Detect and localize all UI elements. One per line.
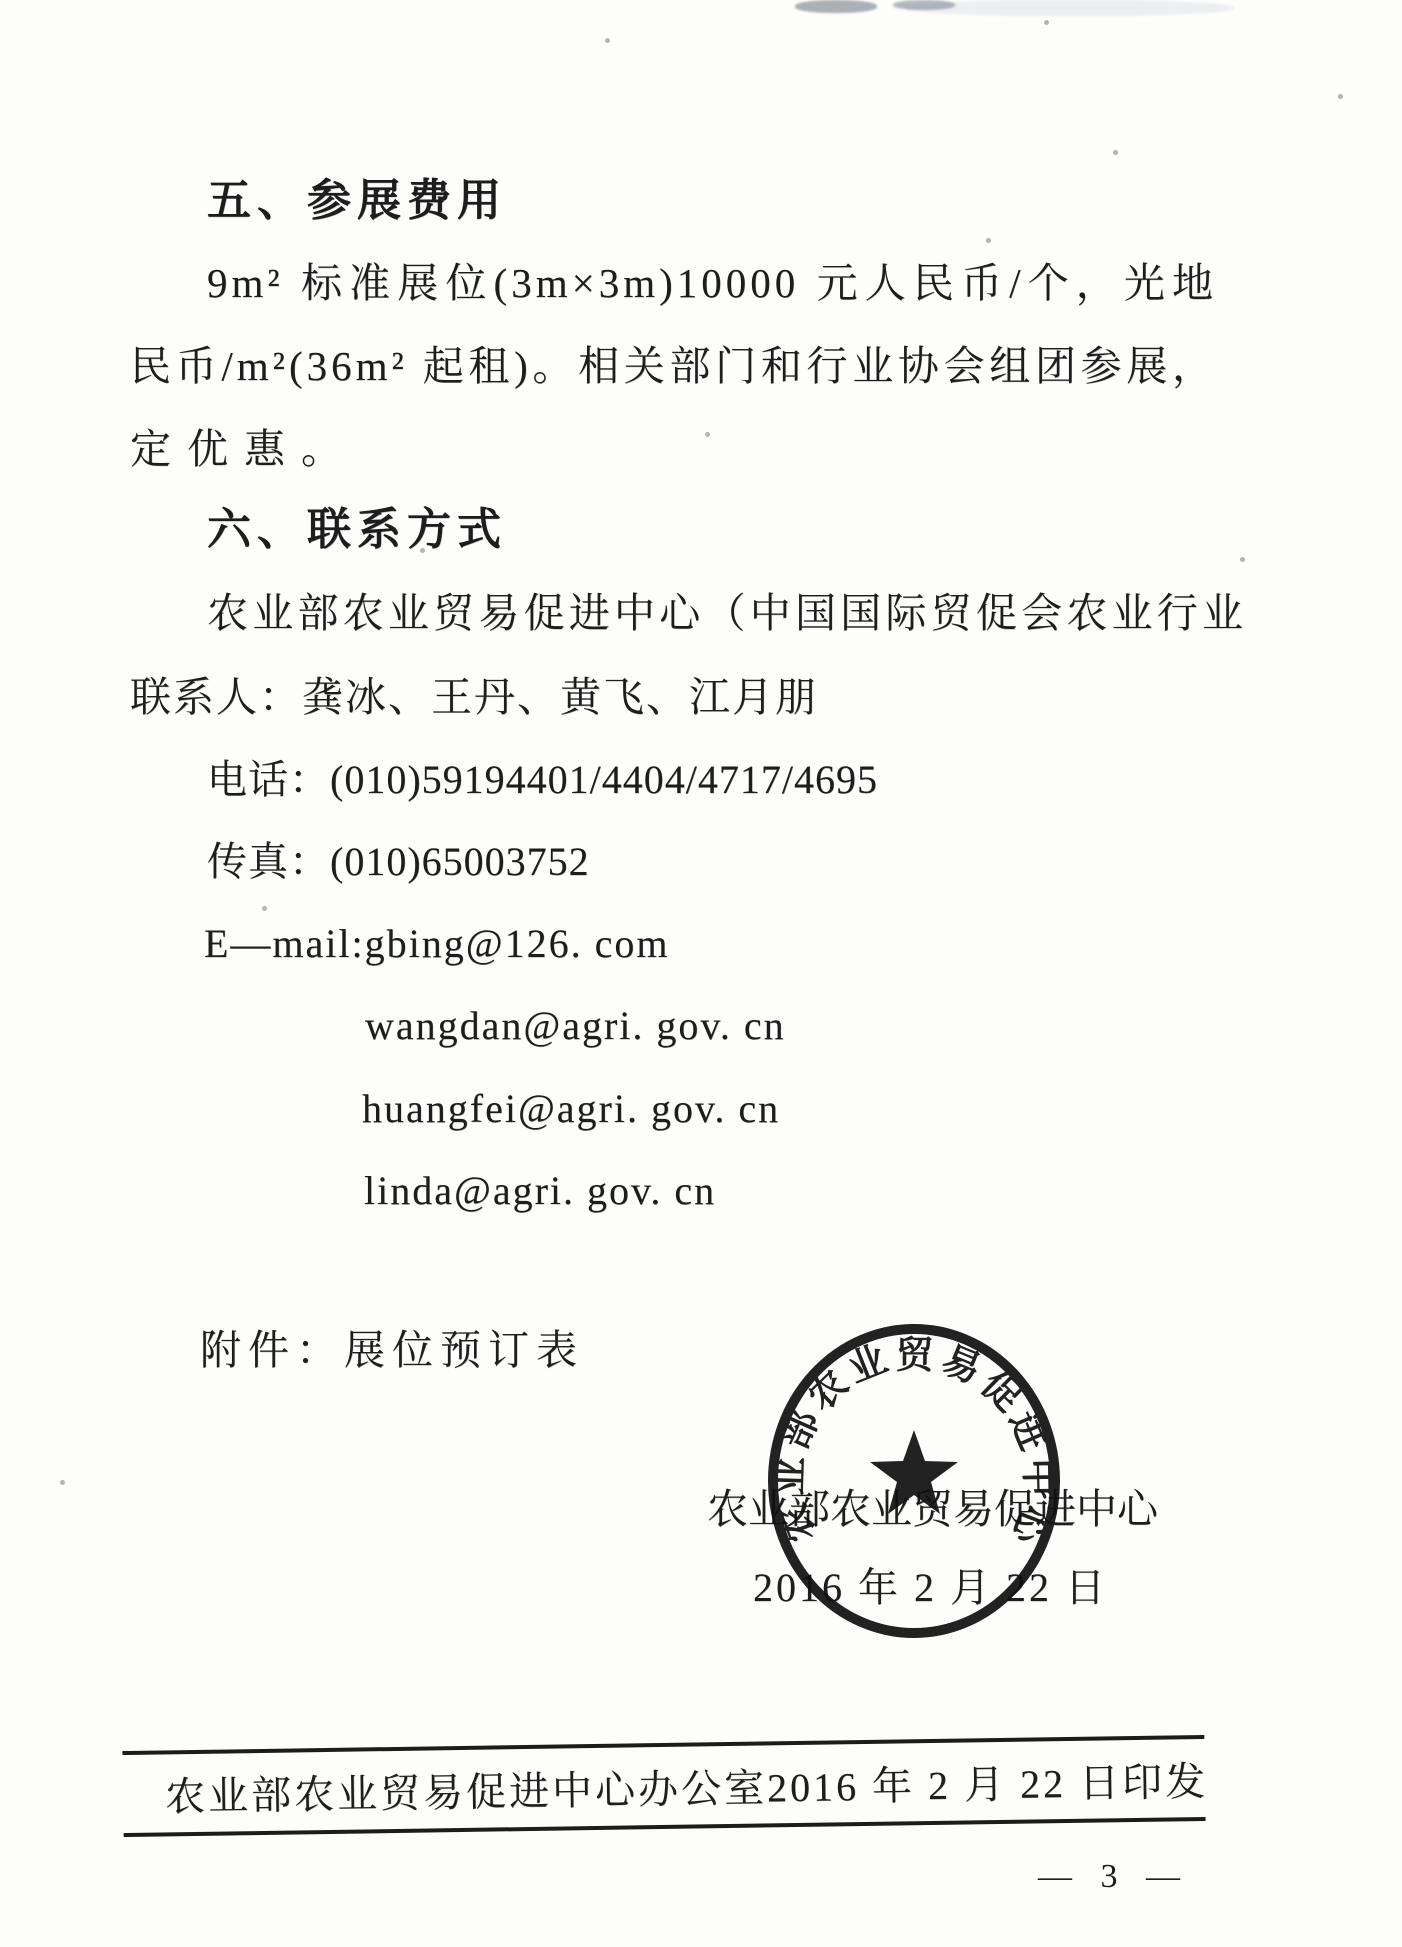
scan-smudge — [795, 0, 877, 13]
footer-print-info: 2016 年 2 月 22 日印发 — [767, 1749, 1209, 1813]
section-5-heading: 五、参展费用 — [207, 176, 507, 226]
scan-speckle — [1338, 94, 1343, 99]
fee-paragraph-line-1: 9m² 标准展位(3m×3m)10000 元人民币/个，光地 1000 元人 — [207, 258, 1217, 312]
contact-email-extra-1: wangdan@agri. gov. cn — [365, 1001, 786, 1051]
scan-smudge — [905, 0, 1235, 16]
contact-org-line: 农业部农业贸易促进中心（中国国际贸促会农业行业分会）。 — [207, 588, 1247, 642]
fee-paragraph-line-3: 定优惠。 — [130, 424, 358, 474]
contact-email-extra-2: huangfei@agri. gov. cn — [362, 1084, 780, 1134]
contact-fax-line: 传真：(010)65003752 — [207, 837, 590, 887]
contact-email-line: E—mail:gbing@126. com — [204, 919, 669, 969]
scan-speckle — [60, 1480, 65, 1485]
official-seal: 农业部农业贸易促进中心 — [763, 1322, 1065, 1644]
scan-speckle — [262, 906, 267, 911]
page-number: — 3 — — [1038, 1858, 1190, 1896]
scanned-document-page: 五、参展费用 9m² 标准展位(3m×3m)10000 元人民币/个，光地 10… — [0, 0, 1402, 1947]
section-6-heading: 六、联系方式 — [207, 505, 507, 555]
footer-issuer: 农业部农业贸易促进中心办公室 — [165, 1756, 768, 1822]
scan-speckle — [605, 38, 610, 43]
fee-paragraph-line-2: 民币/m²(36m² 起租)。相关部门和行业协会组团参展，将享有一 — [130, 341, 1217, 395]
footer-issue-box: 农业部农业贸易促进中心办公室 2016 年 2 月 22 日印发 — [122, 1735, 1205, 1837]
contact-email-extra-3: linda@agri. gov. cn — [364, 1166, 716, 1216]
scan-speckle — [986, 238, 991, 243]
scan-speckle — [1044, 20, 1049, 25]
contact-person-line: 联系人：龚冰、王丹、黄飞、江月朋 — [130, 672, 818, 722]
star-icon — [870, 1430, 958, 1514]
attachment-line: 附件：展位预订表 — [200, 1325, 584, 1375]
scan-speckle — [1113, 150, 1118, 155]
scan-speckle — [705, 432, 710, 437]
contact-phone-line: 电话：(010)59194401/4404/4717/4695 — [207, 755, 878, 805]
scan-speckle — [1240, 557, 1245, 562]
